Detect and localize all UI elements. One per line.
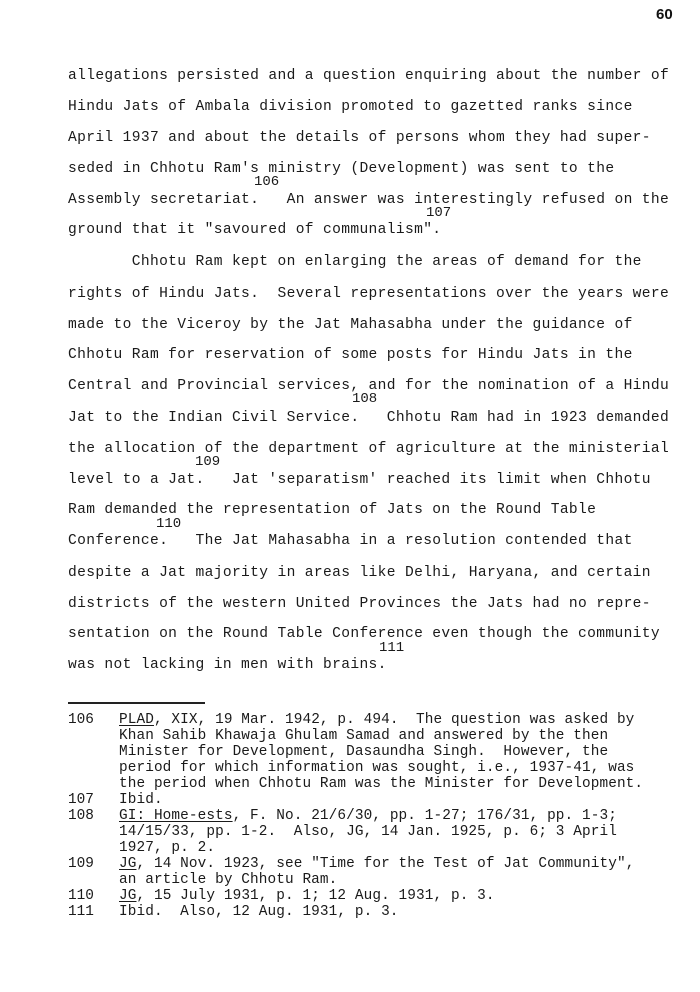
footnote-source: JG (119, 888, 136, 904)
body-line: April 1937 and about the details of pers… (68, 129, 651, 147)
footnote-line: Ibid. (119, 792, 163, 808)
body-line: ground that it "savoured of communalism"… (68, 221, 441, 239)
footnote-text: , 15 July 1931, p. 1; 12 Aug. 1931, p. 3… (136, 888, 494, 904)
body-line: was not lacking in men with brains. (68, 656, 387, 674)
footnote-line: 14/15/33, pp. 1-2. Also, JG, 14 Jan. 192… (119, 824, 617, 840)
footnote-marker-109[interactable]: 109 (195, 455, 220, 469)
page-number: 60 (656, 6, 673, 23)
footnote-line: Khan Sahib Khawaja Ghulam Samad and answ… (119, 728, 608, 744)
footnote-line: period for which information was sought,… (119, 760, 634, 776)
body-line: Jat to the Indian Civil Service. Chhotu … (68, 409, 669, 427)
footnote-number: 106 (68, 712, 94, 728)
footnote-source: PLAD (119, 712, 154, 728)
footnote-text: , 14 Nov. 1923, see "Time for the Test o… (136, 856, 634, 872)
footnote-text: , XIX, 19 Mar. 1942, p. 494. The questio… (154, 712, 634, 728)
footnote-number: 109 (68, 856, 94, 872)
body-line: Conference. The Jat Mahasabha in a resol… (68, 532, 633, 550)
body-line: Hindu Jats of Ambala division promoted t… (68, 98, 633, 116)
body-line: level to a Jat. Jat 'separatism' reached… (68, 471, 651, 489)
footnote-line: PLAD, XIX, 19 Mar. 1942, p. 494. The que… (119, 712, 634, 728)
footnote-source: GI: Home-ests (119, 808, 233, 824)
footnote-line: GI: Home-ests, F. No. 21/6/30, pp. 1-27;… (119, 808, 617, 824)
footnote-source: JG (119, 856, 136, 872)
footnote-line: 1927, p. 2. (119, 840, 215, 856)
body-line: Assembly secretariat. An answer was inte… (68, 191, 669, 209)
footnote-line: Ibid. Also, 12 Aug. 1931, p. 3. (119, 904, 399, 920)
footnote-marker-110[interactable]: 110 (156, 517, 181, 531)
footnote-number: 108 (68, 808, 94, 824)
footnote-line: the period when Chhotu Ram was the Minis… (119, 776, 643, 792)
body-line: despite a Jat majority in areas like Del… (68, 564, 651, 582)
footnote-marker-107[interactable]: 107 (426, 206, 451, 220)
body-line: districts of the western United Province… (68, 595, 651, 613)
body-line: allegations persisted and a question enq… (68, 67, 669, 85)
footnote-number: 110 (68, 888, 94, 904)
body-line: Chhotu Ram kept on enlarging the areas o… (68, 253, 642, 271)
footnote-marker-106[interactable]: 106 (254, 175, 279, 189)
footnote-marker-108[interactable]: 108 (352, 392, 377, 406)
footnote-line: JG, 14 Nov. 1923, see "Time for the Test… (119, 856, 634, 872)
footnote-line: Minister for Development, Dasaundha Sing… (119, 744, 608, 760)
body-line: sentation on the Round Table Conference … (68, 625, 660, 643)
body-line: made to the Viceroy by the Jat Mahasabha… (68, 316, 633, 334)
body-line: seded in Chhotu Ram's ministry (Developm… (68, 160, 614, 178)
footnote-line: JG, 15 July 1931, p. 1; 12 Aug. 1931, p.… (119, 888, 495, 904)
body-line: Chhotu Ram for reservation of some posts… (68, 346, 633, 364)
body-line: Ram demanded the representation of Jats … (68, 501, 596, 519)
footnote-separator (68, 702, 205, 704)
footnote-marker-111[interactable]: 111 (379, 641, 404, 655)
body-line: the allocation of the department of agri… (68, 440, 669, 458)
footnote-line: an article by Chhotu Ram. (119, 872, 337, 888)
footnote-number: 107 (68, 792, 94, 808)
footnote-number: 111 (68, 904, 94, 920)
footnote-text: , F. No. 21/6/30, pp. 1-27; 176/31, pp. … (233, 808, 617, 824)
body-line: rights of Hindu Jats. Several representa… (68, 285, 669, 303)
